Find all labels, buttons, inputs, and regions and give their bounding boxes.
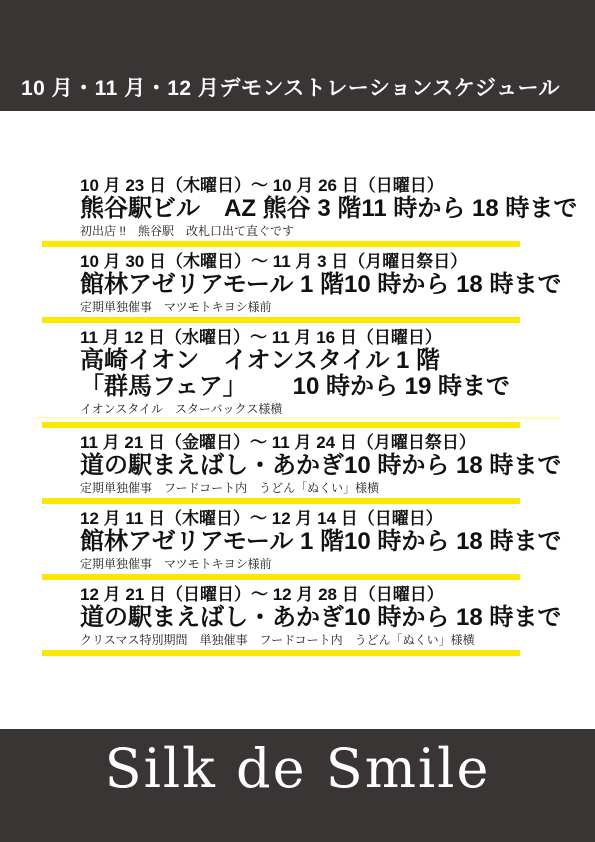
entry-venue-row: 熊谷駅ビル AZ 熊谷 3 階 11 時から 18 時まで bbox=[80, 196, 510, 222]
flyer-page: 10 月・11 月・12 月デモンストレーションスケジュール 10 月 23 日… bbox=[0, 0, 595, 842]
entry-venue: 高崎イオン イオンスタイル 1 階 bbox=[80, 348, 440, 374]
entry-time: 11 時から 18 時まで bbox=[361, 196, 577, 222]
entry-note: 定期単独催事 マツモトキヨシ様前 bbox=[80, 558, 510, 571]
schedule-entry-2: 10 月 30 日（木曜日）～ 11 月 3 日（月曜日祭日） 館林アゼリアモー… bbox=[42, 252, 520, 323]
entry-time: 10 時から 18 時まで bbox=[344, 529, 561, 555]
entry-time: 10 時から 18 時まで bbox=[344, 453, 561, 479]
entry-venue-row: 館林アゼリアモール 1 階 10 時から 18 時まで bbox=[80, 529, 510, 555]
entry-time: 10 時から 18 時まで bbox=[344, 272, 561, 298]
schedule-entry-6: 12 月 21 日（日曜日）～ 12 月 28 日（日曜日） 道の駅まえばし・あ… bbox=[42, 585, 520, 656]
schedule-entry-3: 11 月 12 日（水曜日）～ 11 月 16 日（日曜日） 高崎イオン イオン… bbox=[42, 328, 520, 428]
page-title: 10 月・11 月・12 月デモンストレーションスケジュール bbox=[0, 72, 581, 102]
schedule-entry-4: 11 月 21 日（金曜日）～ 11 月 24 日（月曜日祭日） 道の駅まえばし… bbox=[42, 433, 520, 504]
entry-date: 10 月 30 日（木曜日）～ 11 月 3 日（月曜日祭日） bbox=[80, 252, 510, 272]
entry-venue: 熊谷駅ビル AZ 熊谷 3 階 bbox=[80, 196, 361, 222]
entry-venue-row: 館林アゼリアモール 1 階 10 時から 18 時まで bbox=[80, 272, 510, 298]
entry-venue-line2: 「群馬フェア」 bbox=[80, 374, 247, 400]
yellow-divider bbox=[42, 241, 520, 247]
entry-venue-row-2: 「群馬フェア」 10 時から 19 時まで bbox=[80, 374, 510, 400]
entry-date: 12 月 21 日（日曜日）～ 12 月 28 日（日曜日） bbox=[80, 585, 510, 605]
schedule-entry-5: 12 月 11 日（木曜日）～ 12 月 14 日（日曜日） 館林アゼリアモール… bbox=[42, 509, 520, 580]
entry-date: 12 月 11 日（木曜日）～ 12 月 14 日（日曜日） bbox=[80, 509, 510, 529]
entry-time: 10 時から 18 時まで bbox=[344, 605, 561, 631]
entry-venue: 道の駅まえばし・あかぎ bbox=[80, 453, 344, 479]
yellow-divider bbox=[42, 574, 520, 580]
entry-venue-row: 高崎イオン イオンスタイル 1 階 bbox=[80, 348, 510, 374]
entry-note: 初出店 !! 熊谷駅 改札口出て直ぐです bbox=[80, 225, 510, 238]
entry-note: 定期単独催事 フードコート内 うどん「ぬくい」様横 bbox=[80, 482, 510, 495]
yellow-divider bbox=[42, 498, 520, 504]
entry-venue: 道の駅まえばし・あかぎ bbox=[80, 605, 344, 631]
entry-date: 11 月 21 日（金曜日）～ 11 月 24 日（月曜日祭日） bbox=[80, 433, 510, 453]
yellow-divider bbox=[42, 650, 520, 656]
entry-date: 10 月 23 日（木曜日）～ 10 月 26 日（日曜日） bbox=[80, 176, 510, 196]
footer-band: Silk de Smile bbox=[0, 729, 595, 842]
yellow-divider bbox=[42, 317, 520, 323]
entry-venue-row: 道の駅まえばし・あかぎ 10 時から 18 時まで bbox=[80, 453, 510, 479]
entry-date: 11 月 12 日（水曜日）～ 11 月 16 日（日曜日） bbox=[80, 328, 510, 348]
header-band: 10 月・11 月・12 月デモンストレーションスケジュール bbox=[0, 0, 595, 111]
entry-note: 定期単独催事 マツモトキヨシ様前 bbox=[80, 301, 510, 314]
entry-note: クリスマス特別期間 単独催事 フードコート内 うどん「ぬくい」様横 bbox=[80, 634, 510, 647]
entry-venue: 館林アゼリアモール 1 階 bbox=[80, 529, 344, 555]
yellow-divider bbox=[42, 422, 520, 428]
entry-note: イオンスタイル スターバックス様横 bbox=[80, 403, 510, 416]
entry-venue-row: 道の駅まえばし・あかぎ 10 時から 18 時まで bbox=[80, 605, 510, 631]
schedule-list: 10 月 23 日（木曜日）～ 10 月 26 日（日曜日） 熊谷駅ビル AZ … bbox=[42, 176, 520, 661]
entry-venue: 館林アゼリアモール 1 階 bbox=[80, 272, 344, 298]
entry-time: 10 時から 19 時まで bbox=[293, 374, 510, 400]
yellow-divider-thin bbox=[35, 417, 560, 419]
brand-logo-text: Silk de Smile bbox=[0, 739, 595, 798]
schedule-entry-1: 10 月 23 日（木曜日）～ 10 月 26 日（日曜日） 熊谷駅ビル AZ … bbox=[42, 176, 520, 247]
